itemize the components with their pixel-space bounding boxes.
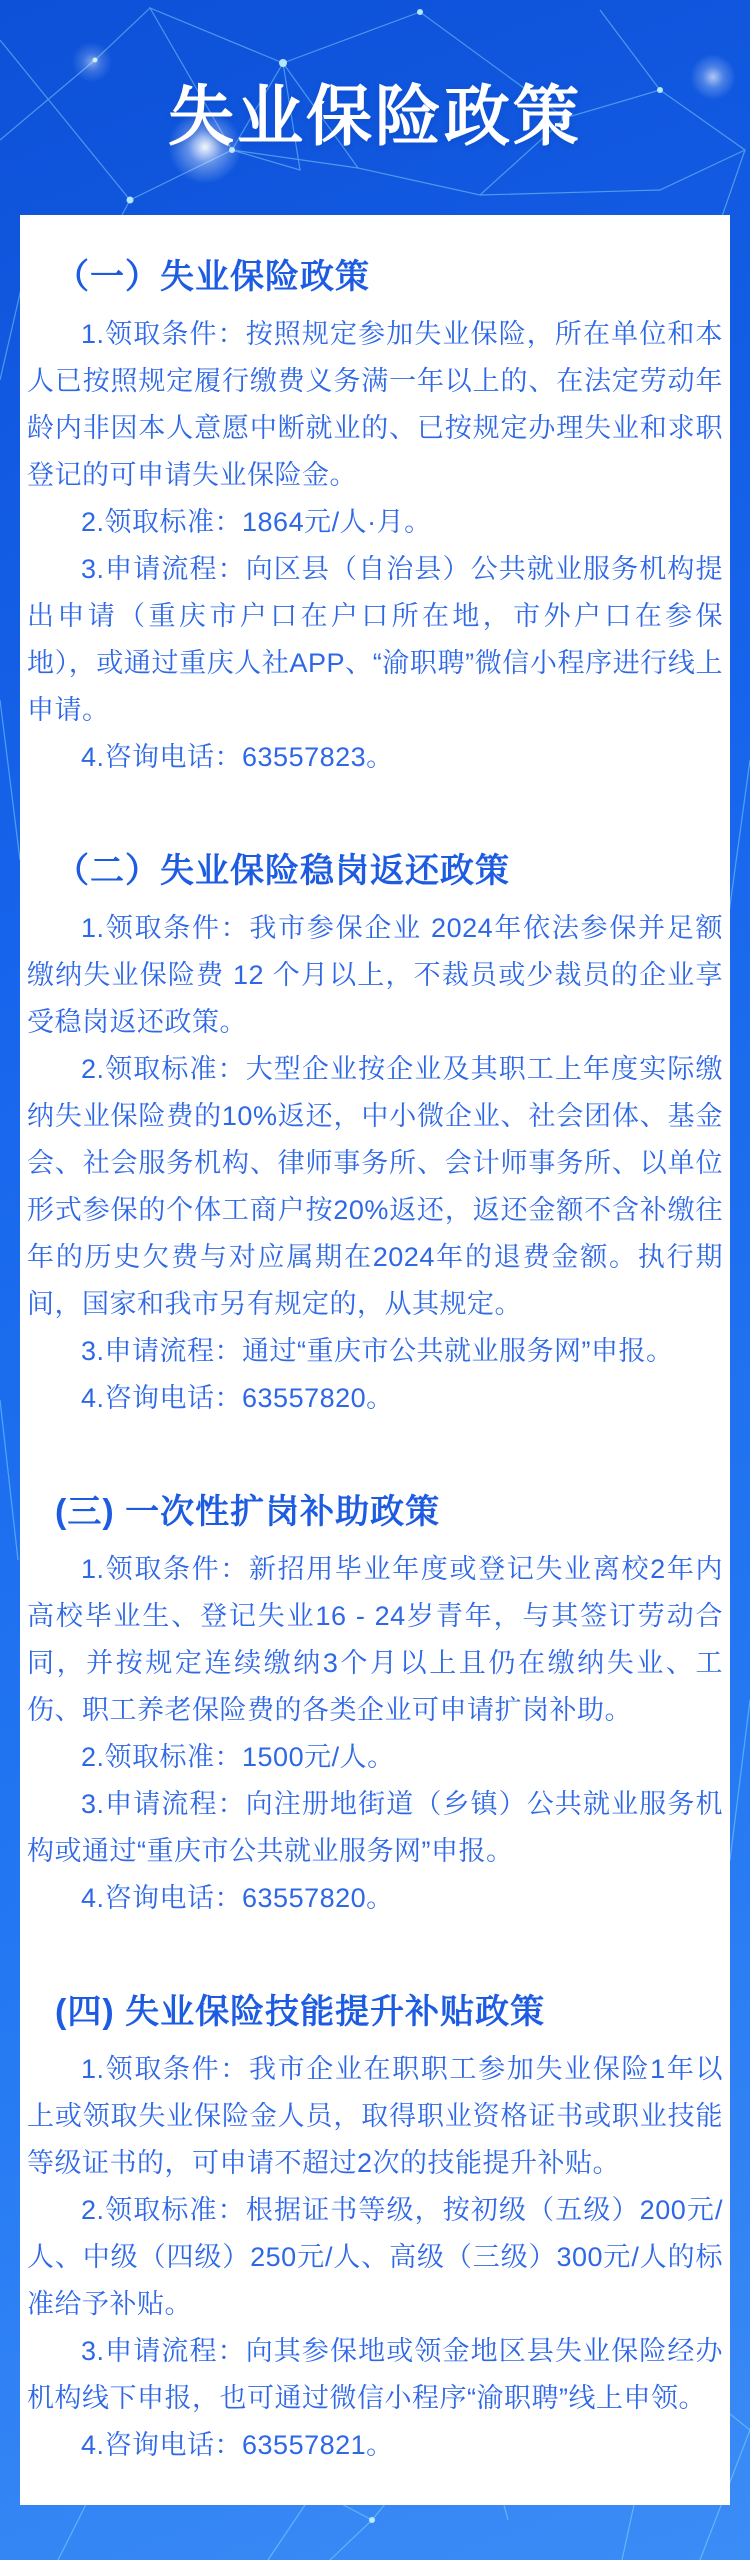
policy-paragraph-standard: 2.领取标准：1500元/人。 — [27, 1734, 723, 1781]
policy-paragraph-conditions: 1.领取条件：按照规定参加失业保险，所在单位和本人已按照规定履行缴费义务满一年以… — [27, 311, 723, 499]
section-job-stabilization-refund: （二）失业保险稳岗返还政策 1.领取条件：我市参保企业 2024年依法参保并足额… — [27, 843, 723, 1422]
section-skill-upgrade-subsidy: (四) 失业保险技能提升补贴政策 1.领取条件：我市企业在职职工参加失业保险1年… — [27, 1984, 723, 2469]
page-header: 失业保险政策 — [0, 0, 750, 215]
policy-paragraph-process: 3.申请流程：通过“重庆市公共就业服务网”申报。 — [27, 1328, 723, 1375]
section-one-time-job-expansion-subsidy: (三) 一次性扩岗补助政策 1.领取条件：新招用毕业年度或登记失业离校2年内高校… — [27, 1484, 723, 1922]
policy-paragraph-standard: 2.领取标准：大型企业按企业及其职工上年度实际缴纳失业保险费的10%返还，中小微… — [27, 1046, 723, 1328]
section-heading: (四) 失业保险技能提升补贴政策 — [27, 1984, 723, 2033]
policy-paragraph-process: 3.申请流程：向注册地街道（乡镇）公共就业服务机构或通过“重庆市公共就业服务网”… — [27, 1781, 723, 1875]
poster-page: { "page": { "title": "失业保险政策" }, "theme"… — [0, 0, 750, 2560]
policy-paragraph-conditions: 1.领取条件：我市企业在职职工参加失业保险1年以上或领取失业保险金人员，取得职业… — [27, 2046, 723, 2187]
policy-paragraph-phone: 4.咨询电话：63557821。 — [27, 2422, 723, 2469]
section-heading: （一）失业保险政策 — [27, 249, 723, 298]
policy-card: （一）失业保险政策 1.领取条件：按照规定参加失业保险，所在单位和本人已按照规定… — [20, 215, 730, 2505]
policy-paragraph-conditions: 1.领取条件：我市参保企业 2024年依法参保并足额缴纳失业保险费 12 个月以… — [27, 905, 723, 1046]
section-heading: (三) 一次性扩岗补助政策 — [27, 1484, 723, 1533]
policy-paragraph-phone: 4.咨询电话：63557820。 — [27, 1875, 723, 1922]
section-heading: （二）失业保险稳岗返还政策 — [27, 843, 723, 892]
policy-paragraph-phone: 4.咨询电话：63557820。 — [27, 1375, 723, 1422]
policy-paragraph-process: 3.申请流程：向区县（自治县）公共就业服务机构提出申请（重庆市户口在户口所在地，… — [27, 546, 723, 734]
section-unemployment-insurance: （一）失业保险政策 1.领取条件：按照规定参加失业保险，所在单位和本人已按照规定… — [27, 249, 723, 781]
page-title: 失业保险政策 — [168, 63, 582, 158]
policy-paragraph-standard: 2.领取标准：1864元/人·月。 — [27, 499, 723, 546]
policy-paragraph-standard: 2.领取标准：根据证书等级，按初级（五级）200元/人、中级（四级）250元/人… — [27, 2187, 723, 2328]
policy-paragraph-phone: 4.咨询电话：63557823。 — [27, 734, 723, 781]
policy-paragraph-process: 3.申请流程：向其参保地或领金地区县失业保险经办机构线下申报，也可通过微信小程序… — [27, 2328, 723, 2422]
policy-paragraph-conditions: 1.领取条件：新招用毕业年度或登记失业离校2年内高校毕业生、登记失业16 - 2… — [27, 1546, 723, 1734]
